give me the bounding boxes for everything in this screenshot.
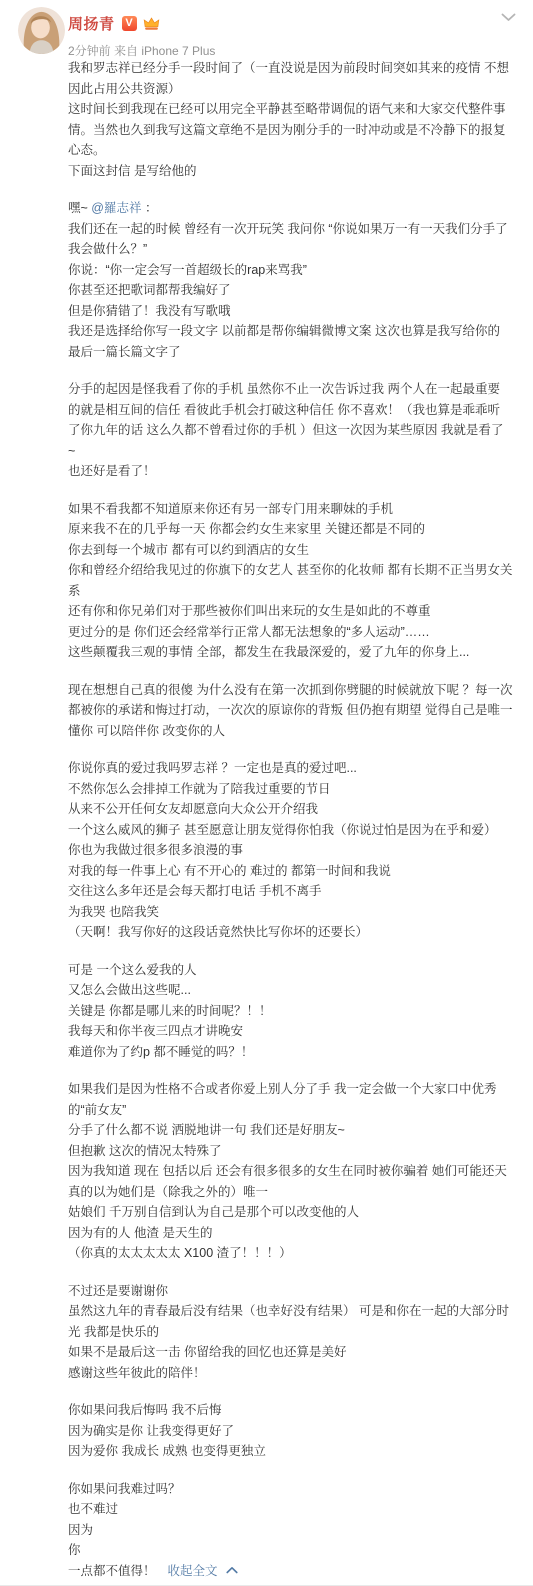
post-text-line: 你甚至还把歌词都帮我编好了 xyxy=(68,280,523,301)
post-text-line: 虽然这九年的青春最后没有结果（也幸好没有结果） 可是和你在一起的大部分时 xyxy=(68,1301,523,1322)
post-text-line: 交往这么多年还是会每天都打电话 手机不离手 xyxy=(68,881,523,902)
post-text-line: 你也为我做过很多很多浪漫的事 xyxy=(68,840,523,861)
post-text-line: 难道你为了约p 都不睡觉的吗？！ xyxy=(68,1042,523,1063)
author-name[interactable]: 周扬青 xyxy=(68,13,115,34)
post-text-line: 你说：“你一定会写一首超级长的rap来骂我” xyxy=(68,260,523,281)
post-text-line: 不然你怎么会排掉工作就为了陪我过重要的节日 xyxy=(68,779,523,800)
post-text-line: 下面这封信 是写给他的 xyxy=(68,161,523,182)
post-header: 周扬青 V 2分钟前 来自 iPhone 7 Plus xyxy=(68,13,215,59)
post-text-line: 情。当然也久到我写这篇文章绝不是因为刚分手的一时冲动或是不冷静下的报复 xyxy=(68,120,523,141)
post-text-line: （天啊！我写你好的这段话竟然快比写你坏的还要长） xyxy=(68,922,523,943)
post-text-line: 又怎么会做出这些呢... xyxy=(68,980,523,1001)
paragraph-gap xyxy=(68,362,523,379)
post-text-line: 你和曾经介绍给我见过的你旗下的女艺人 甚至你的化妆师 都有长期不正当男女关 xyxy=(68,560,523,581)
chevron-up-icon[interactable] xyxy=(218,1564,238,1578)
collapse-full-text-link[interactable]: 收起全文 xyxy=(168,1564,218,1578)
post-text-line: 的就是相互间的信任 看彼此手机会打破这种信任 你不喜欢！（我也算是乖乖听 xyxy=(68,400,523,421)
post-text-line: 你 xyxy=(68,1540,523,1561)
post-text-line: 分手的起因是怪我看了你的手机 虽然你不止一次告诉过我 两个人在一起最重要 xyxy=(68,379,523,400)
post-text-line: 我和罗志祥已经分手一段时间了（一直没说是因为前段时间突如其来的疫情 不想 xyxy=(68,58,523,79)
post-text-line: 嘿~ @羅志祥 ： xyxy=(68,198,523,219)
membership-crown-icon xyxy=(143,17,160,31)
post-text-line: 你如果问我后悔吗 我不后悔 xyxy=(68,1400,523,1421)
post-text-line: 如果我们是因为性格不合或者你爱上别人分了手 我一定会做一个大家口中优秀 xyxy=(68,1079,523,1100)
post-text-line: 因为爱你 我成长 成熟 也变得更独立 xyxy=(68,1441,523,1462)
post-text-line: 可是 一个这么爱我的人 xyxy=(68,960,523,981)
post-text-line: 系 xyxy=(68,581,523,602)
post-text-line: 的“前女友” xyxy=(68,1100,523,1121)
post-text-line: 我们还在一起的时候 曾经有一次开玩笑 我问你 “你说如果万一有一天我们分手了 xyxy=(68,219,523,240)
post-text-line: 最后一篇长篇文字了 xyxy=(68,342,523,363)
paragraph-gap xyxy=(68,1062,523,1079)
weibo-post: 周扬青 V 2分钟前 来自 iPhone 7 Plus 我和罗志祥已经分手一段时… xyxy=(0,0,533,1586)
text-span: ： xyxy=(141,201,157,215)
post-content: 我和罗志祥已经分手一段时间了（一直没说是因为前段时间突如其来的疫情 不想因此占用… xyxy=(68,58,523,1581)
post-text-line: 我每天和你半夜三四点才讲晚安 xyxy=(68,1021,523,1042)
post-text-line: 还有你和你兄弟们对于那些被你们叫出来玩的女生是如此的不尊重 xyxy=(68,601,523,622)
post-text-line: 从来不公开任何女友却愿意向大众公开介绍我 xyxy=(68,799,523,820)
avatar[interactable] xyxy=(18,7,65,54)
post-meta-timestamp-source: 2分钟前 来自 iPhone 7 Plus xyxy=(68,42,215,59)
paragraph-gap xyxy=(68,181,523,198)
text-span: 嘿~ xyxy=(68,201,91,215)
mention-link[interactable]: @羅志祥 xyxy=(91,201,141,215)
post-text-line: 也还好是看了！ xyxy=(68,461,523,482)
post-text-line: 不过还是要谢谢你 xyxy=(68,1281,523,1302)
post-text-line: 你如果问我难过吗？ xyxy=(68,1479,523,1500)
post-text-line: 懂你 可以陪伴你 改变你的人 xyxy=(68,721,523,742)
vip-v-badge-icon: V xyxy=(122,16,137,31)
post-text-line: 心态。 xyxy=(68,140,523,161)
paragraph-gap xyxy=(68,1383,523,1400)
post-text-line: 我还是选择给你写一段文字 以前都是帮你编辑微博文案 这次也算是我写给你的 xyxy=(68,321,523,342)
post-text-line: ~ xyxy=(68,441,523,462)
post-text-line: 因为我知道 现在 包括以后 还会有很多很多的女生在同时被你骗着 她们可能还天 xyxy=(68,1161,523,1182)
post-text-line: 了你九年的话 这么久都不曾看过你的手机 ）但这一次因为某些原因 我就是看了 xyxy=(68,420,523,441)
post-text-line: （你真的太太太太太 X100 渣了！！！） xyxy=(68,1243,523,1264)
avatar-image xyxy=(18,7,65,54)
post-text-line: 但抱歉 这次的情况太特殊了 xyxy=(68,1141,523,1162)
post-text-line: 但是你猜错了！我没有写歌哦 xyxy=(68,301,523,322)
paragraph-gap xyxy=(68,741,523,758)
post-text-line: 为我哭 也陪我笑 xyxy=(68,902,523,923)
post-text-line: 更过分的是 你们还会经常举行正常人都无法想象的“多人运动”…… xyxy=(68,622,523,643)
post-text-line: 原来我不在的几乎每一天 你都会约女生来家里 关键还都是不同的 xyxy=(68,519,523,540)
post-text-line: 关键是 你都是哪儿来的时间呢？！！ xyxy=(68,1001,523,1022)
post-text-line: 你说你真的爱过我吗罗志祥 ？一定也是真的爱过吧... xyxy=(68,758,523,779)
paragraph-gap xyxy=(68,482,523,499)
post-text-line: 姑娘们 千万别自信到认为自己是那个可以改变他的人 xyxy=(68,1202,523,1223)
paragraph-gap xyxy=(68,943,523,960)
post-text-line: 也不难过 xyxy=(68,1499,523,1520)
paragraph-gap xyxy=(68,1264,523,1281)
chevron-down-icon[interactable] xyxy=(501,13,516,22)
post-text-line: 感谢这些年彼此的陪伴！ xyxy=(68,1363,523,1384)
post-text-line: 现在想想自己真的很傻 为什么没有在第一次抓到你劈腿的时候就放下呢 ？每一次 xyxy=(68,680,523,701)
post-text-line: 我会做什么？” xyxy=(68,239,523,260)
post-text-line: 因为 xyxy=(68,1520,523,1541)
post-text-line: 如果不是最后这一击 你留给我的回忆也还算是美好 xyxy=(68,1342,523,1363)
text-span: 一点都不值得！ xyxy=(68,1564,156,1578)
post-text-line: 分手了什么都不说 洒脱地讲一句 我们还是好朋友~ xyxy=(68,1120,523,1141)
post-text-line: 对我的每一件事上心 有不开心的 难过的 都第一时间和我说 xyxy=(68,861,523,882)
post-text-line: 光 我都是快乐的 xyxy=(68,1322,523,1343)
post-text-line: 一个这么威风的狮子 甚至愿意让朋友觉得你怕我（你说过怕是因为在乎和爱） xyxy=(68,820,523,841)
paragraph-gap xyxy=(68,663,523,680)
post-text-line: 因此占用公共资源） xyxy=(68,79,523,100)
paragraph-gap xyxy=(68,1462,523,1479)
post-text-line: 都被你的承诺和悔过打动，一次次的原谅你的背叛 但仍抱有期望 觉得自己是唯一 xyxy=(68,700,523,721)
post-text-line: 一点都不值得！收起全文 xyxy=(68,1561,523,1582)
post-text-line: 这时间长到我现在已经可以用完全平静甚至略带调侃的语气来和大家交代整件事 xyxy=(68,99,523,120)
post-text-line: 真的以为她们是（除我之外的）唯一 xyxy=(68,1182,523,1203)
post-text-line: 如果不看我都不知道原来你还有另一部专门用来聊妹的手机 xyxy=(68,499,523,520)
post-text-line: 因为有的人 他渣 是天生的 xyxy=(68,1223,523,1244)
post-text-line: 你去到每一个城市 都有可以约到酒店的女生 xyxy=(68,540,523,561)
post-text-line: 这些颠覆我三观的事情 全部，都发生在我最深爱的，爱了九年的你身上... xyxy=(68,642,523,663)
post-text-line: 因为确实是你 让我变得更好了 xyxy=(68,1421,523,1442)
